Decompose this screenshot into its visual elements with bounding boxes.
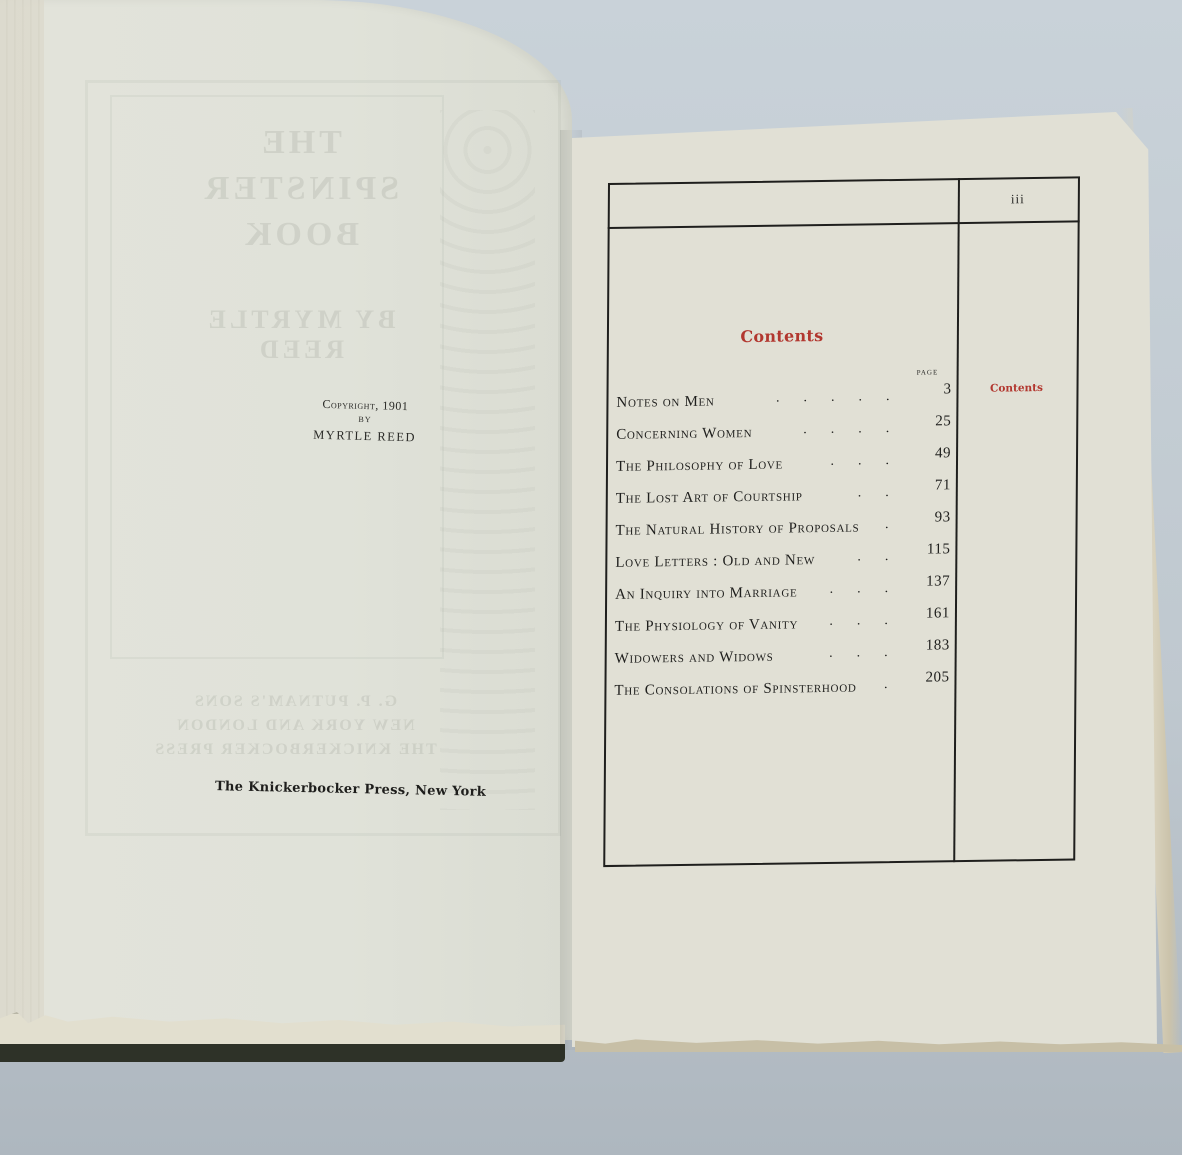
toc-dot-leader: .... xyxy=(803,421,913,439)
toc-entry-title: The Philosophy of Love xyxy=(616,457,783,476)
toc-dot-leader: ... xyxy=(830,453,913,470)
toc-entry: Widowers and Widows ... 183 xyxy=(615,634,950,671)
contents-page: iii Contents PAGE Contents Notes on Men … xyxy=(603,176,1080,867)
toc-entry: Concerning Women .... 25 xyxy=(616,410,951,447)
toc-entry-page: 93 xyxy=(935,509,951,526)
toc-entry-title: Notes on Men xyxy=(616,394,714,412)
toc-entry-page: 3 xyxy=(943,381,951,398)
toc-entry: Notes on Men ..... 3 xyxy=(616,378,951,415)
show-through-publisher: G. P. Putnam's Sons New York and London … xyxy=(150,690,440,762)
show-through-title-line: Book xyxy=(180,212,420,258)
page-column-header: PAGE xyxy=(917,368,939,376)
toc-entry-title: Widowers and Widows xyxy=(615,649,774,668)
toc-entry-title: The Lost Art of Courtship xyxy=(616,488,803,508)
show-through-author: By Myrtle Reed xyxy=(160,305,440,365)
toc-dot-leader: ... xyxy=(829,645,912,662)
toc-entry: The Lost Art of Courtship .. 71 xyxy=(616,474,951,511)
toc-entry-title: The Physiology of Vanity xyxy=(615,616,798,636)
toc-entry-page: 25 xyxy=(935,413,951,430)
show-through-publisher-line: The Knickerbocker Press xyxy=(150,738,440,762)
toc-entry-title: Concerning Women xyxy=(616,425,752,444)
toc-dot-leader: ... xyxy=(829,613,912,630)
toc-dot-leader: .. xyxy=(858,485,913,502)
toc-dot-leader: ... xyxy=(830,581,913,598)
show-through-title-line: The xyxy=(180,120,420,166)
page-number-folio: iii xyxy=(958,190,1078,208)
toc-entry-page: 161 xyxy=(926,605,950,622)
toc-dot-leader: .. xyxy=(857,549,912,566)
show-through-title-line: Spinster xyxy=(180,166,420,212)
left-page: The Spinster Book By Myrtle Reed G. P. P… xyxy=(0,0,572,1040)
toc-dot-leader: . xyxy=(884,677,912,693)
toc-entry-page: 49 xyxy=(935,445,951,462)
show-through-publisher-line: New York and London xyxy=(150,714,440,738)
toc-entry-page: 115 xyxy=(927,541,951,558)
toc-entry-title: The Consolations of Spinsterhood xyxy=(614,680,856,700)
toc-entry: The Physiology of Vanity ... 161 xyxy=(615,602,950,639)
show-through-publisher-line: G. P. Putnam's Sons xyxy=(150,690,440,714)
show-through-title: The Spinster Book xyxy=(180,120,420,258)
toc-dot-leader: . xyxy=(885,517,913,533)
copyright-notice: Copyright, 1901 BY MYRTLE REED xyxy=(299,394,430,447)
show-through-ornament xyxy=(440,110,535,810)
author-name: MYRTLE REED xyxy=(299,424,429,447)
toc-entry: The Natural History of Proposals . 93 xyxy=(615,506,950,543)
toc-entry-title: Love Letters : Old and New xyxy=(615,552,815,572)
toc-entry-title: An Inquiry into Marriage xyxy=(615,584,797,604)
toc-entry: An Inquiry into Marriage ... 137 xyxy=(615,570,950,607)
toc-entry-page: 205 xyxy=(925,669,949,686)
table-of-contents: Notes on Men ..... 3 Concerning Women ..… xyxy=(614,378,951,703)
toc-entry-page: 183 xyxy=(926,637,950,654)
toc-dot-leader: ..... xyxy=(776,389,914,407)
toc-entry: The Consolations of Spinsterhood . 205 xyxy=(614,666,949,703)
toc-entry: Love Letters : Old and New .. 115 xyxy=(615,538,950,575)
toc-entry: The Philosophy of Love ... 49 xyxy=(616,442,951,479)
toc-entry-title: The Natural History of Proposals xyxy=(616,519,860,539)
toc-entry-page: 137 xyxy=(926,573,950,590)
page-stack-edge xyxy=(0,0,44,1040)
side-running-head: Contents xyxy=(956,381,1076,395)
toc-entry-page: 71 xyxy=(935,477,951,494)
